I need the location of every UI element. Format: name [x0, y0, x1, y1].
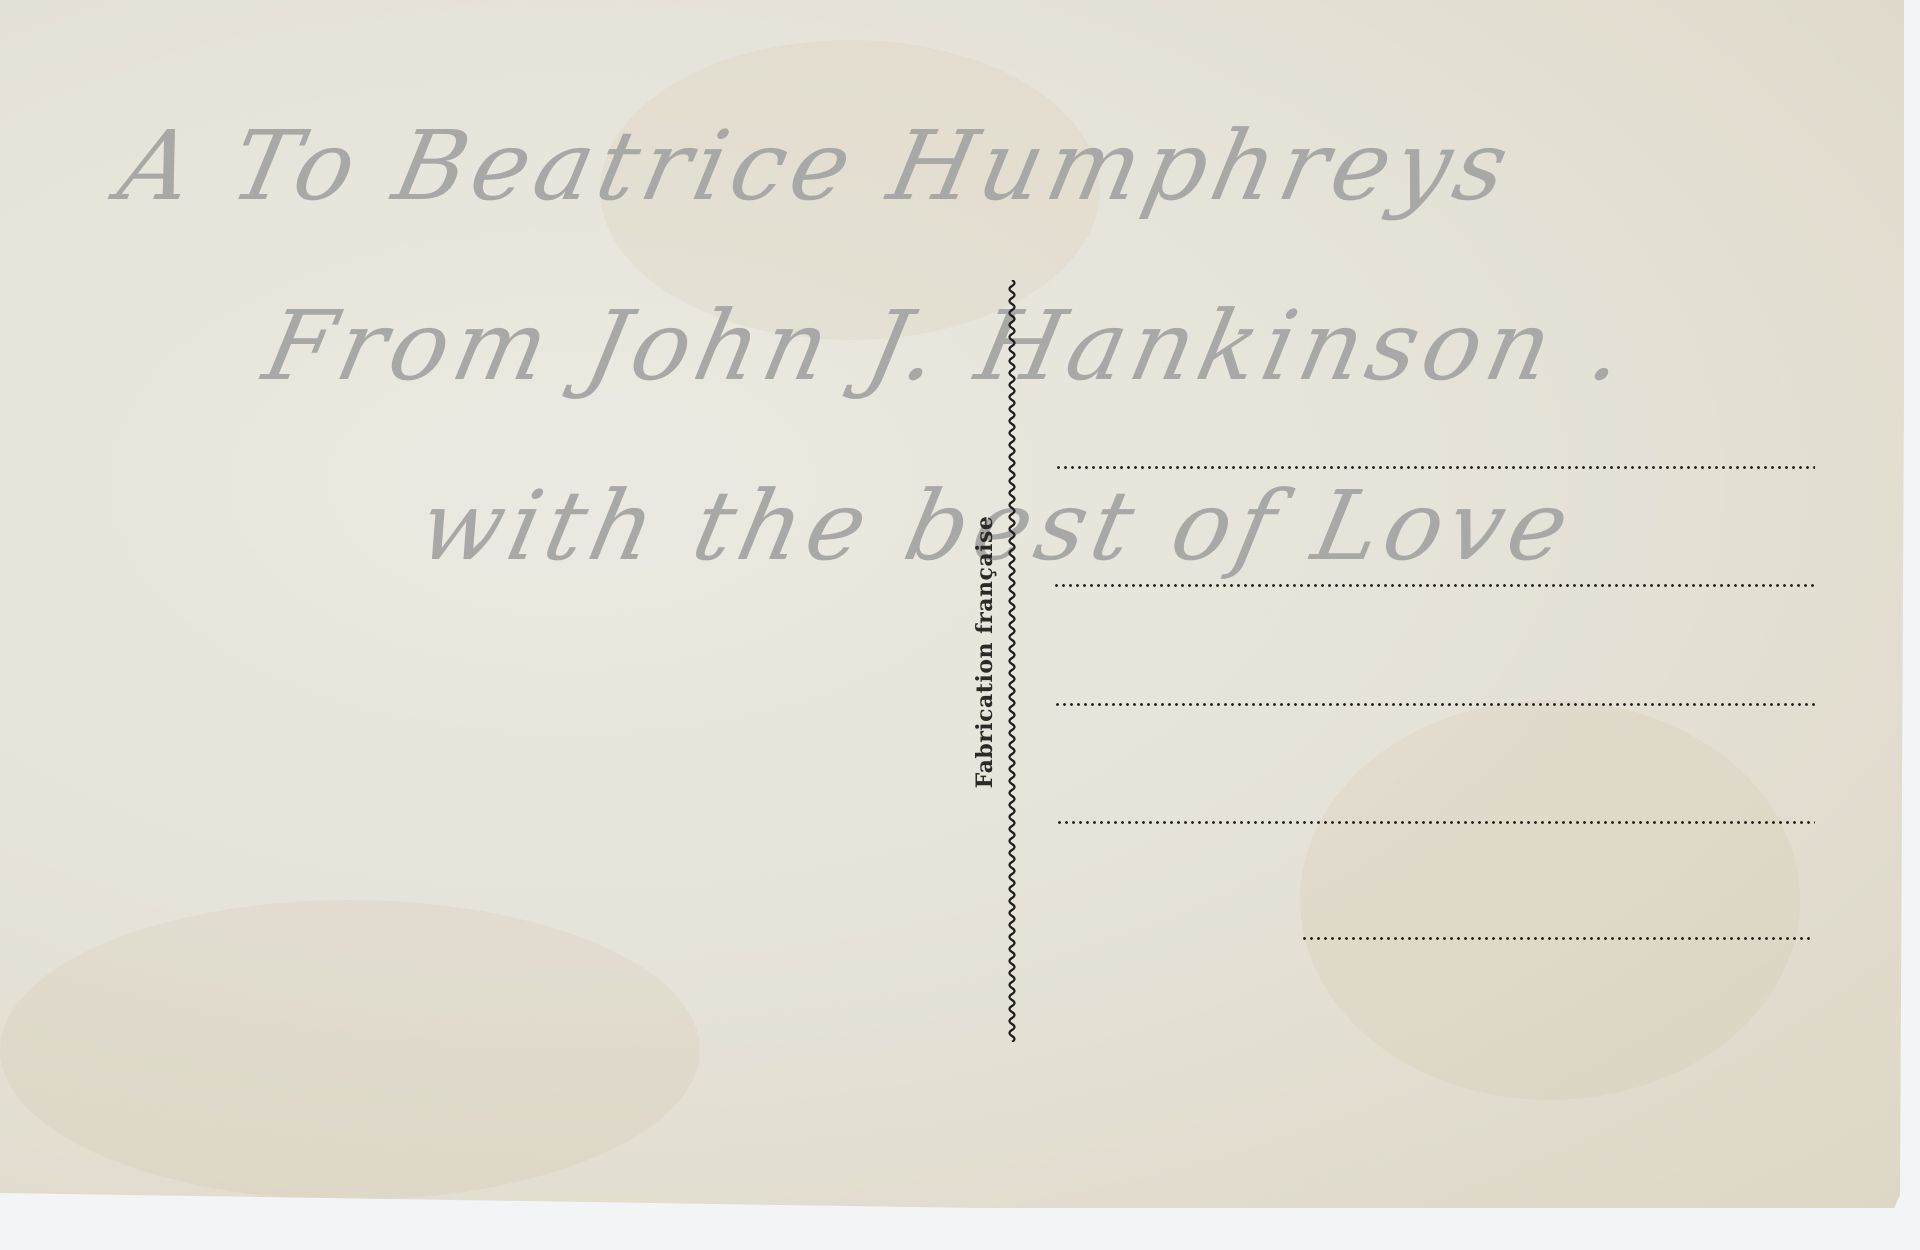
paper-stain: [0, 900, 700, 1200]
address-line-4: [1056, 821, 1815, 824]
address-line-2: [1053, 584, 1815, 587]
address-line-5: [1301, 937, 1813, 940]
postcard-back: A To Beatrice Humphreys From John J. Han…: [0, 0, 1904, 1208]
handwriting-line-2: From John J. Hankinson .: [255, 290, 1641, 402]
handwriting-line-1: A To Beatrice Humphreys: [110, 110, 1523, 222]
divider-wavy-line: [1004, 280, 1020, 1042]
paper-stain: [1300, 700, 1800, 1100]
address-line-1: [1055, 466, 1815, 469]
imprint-text: Fabrication française: [972, 516, 998, 789]
address-line-3: [1054, 703, 1815, 706]
